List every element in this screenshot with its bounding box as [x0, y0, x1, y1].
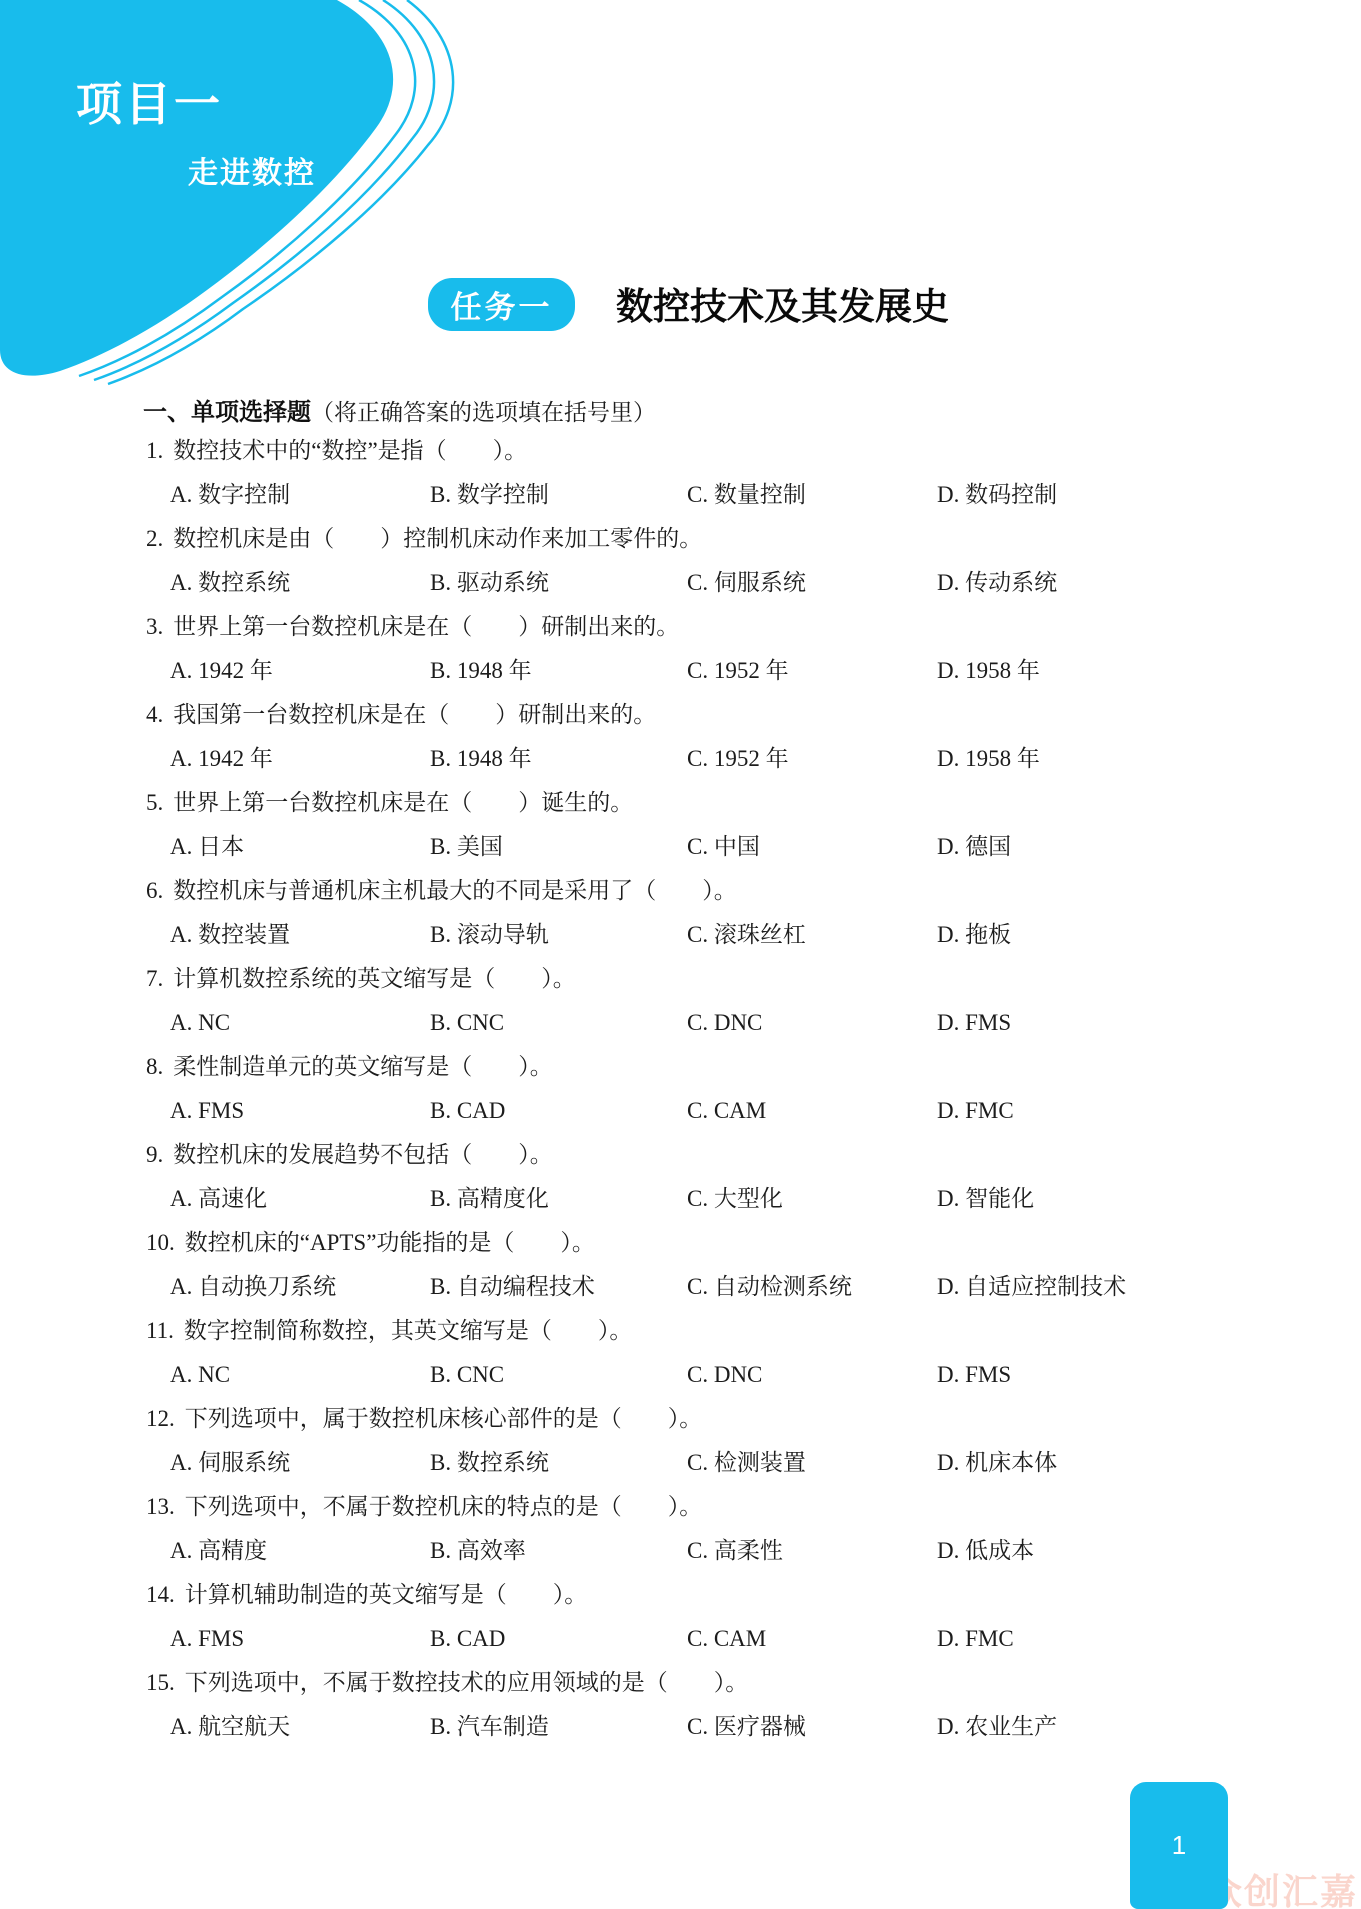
option-b: B. 美国	[430, 832, 503, 862]
option-a: A. 高速化	[170, 1184, 267, 1214]
question-stem-row: 4.我国第一台数控机床是在（ ）研制出来的。	[146, 700, 1341, 744]
option-d: D. 自适应控制技术	[937, 1272, 1126, 1302]
options-row: A. 数字控制B. 数学控制C. 数量控制D. 数码控制	[0, 480, 1361, 524]
options-row: A. 伺服系统B. 数控系统C. 检测装置D. 机床本体	[0, 1448, 1361, 1492]
option-b: B. 滚动导轨	[430, 920, 549, 950]
option-a: A. 1942 年	[170, 744, 273, 774]
option-d: D. 农业生产	[937, 1712, 1057, 1742]
question-text: 数控技术中的“数控”是指（ ）。	[173, 438, 527, 463]
question-stem-row: 11.数字控制简称数控，其英文缩写是（ ）。	[146, 1316, 1341, 1360]
option-c: C. 医疗器械	[687, 1712, 806, 1742]
question-stem-row: 9.数控机床的发展趋势不包括（ ）。	[146, 1140, 1341, 1184]
option-b: B. 数学控制	[430, 480, 549, 510]
question-number: 15.	[146, 1670, 175, 1695]
option-a: A. 1942 年	[170, 656, 273, 686]
option-a: A. 数字控制	[170, 480, 290, 510]
page-number: 1	[1172, 1830, 1186, 1861]
option-b: B. 驱动系统	[430, 568, 549, 598]
question-number: 5.	[146, 790, 163, 815]
option-c: C. 数量控制	[687, 480, 806, 510]
option-b: B. 高效率	[430, 1536, 526, 1566]
question-text: 数控机床与普通机床主机最大的不同是采用了（ ）。	[173, 878, 737, 903]
option-c: C. 自动检测系统	[687, 1272, 852, 1302]
option-b: B. 1948 年	[430, 656, 532, 686]
page-number-box: 1	[1130, 1782, 1228, 1909]
question-text: 我国第一台数控机床是在（ ）研制出来的。	[173, 702, 656, 727]
question-text: 计算机数控系统的英文缩写是（ ）。	[173, 966, 576, 991]
option-a: A. 自动换刀系统	[170, 1272, 336, 1302]
question-stem-row: 8.柔性制造单元的英文缩写是（ ）。	[146, 1052, 1341, 1096]
question-number: 7.	[146, 966, 163, 991]
options-row: A. FMSB. CADC. CAMD. FMC	[0, 1624, 1361, 1668]
option-a: A. NC	[170, 1008, 230, 1038]
option-d: D. 低成本	[937, 1536, 1034, 1566]
question-text: 下列选项中，不属于数控机床的特点的是（ ）。	[185, 1494, 703, 1519]
question-text: 数控机床的发展趋势不包括（ ）。	[173, 1142, 553, 1167]
option-c: C. 伺服系统	[687, 568, 806, 598]
question-stem-row: 7.计算机数控系统的英文缩写是（ ）。	[146, 964, 1341, 1008]
option-c: C. 1952 年	[687, 656, 789, 686]
options-row: A. 高精度B. 高效率C. 高柔性D. 低成本	[0, 1536, 1361, 1580]
question-text: 世界上第一台数控机床是在（ ）诞生的。	[173, 790, 633, 815]
question-number: 4.	[146, 702, 163, 727]
question-text: 下列选项中，不属于数控技术的应用领域的是（ ）。	[185, 1670, 749, 1695]
question-number: 1.	[146, 438, 163, 463]
option-c: C. CAM	[687, 1624, 766, 1654]
watermark-text: 众创汇嘉	[1206, 1864, 1358, 1909]
question-stem-row: 15.下列选项中，不属于数控技术的应用领域的是（ ）。	[146, 1668, 1341, 1712]
question-stem-row: 6.数控机床与普通机床主机最大的不同是采用了（ ）。	[146, 876, 1341, 920]
options-row: A. 高速化B. 高精度化C. 大型化D. 智能化	[0, 1184, 1361, 1228]
option-d: D. 传动系统	[937, 568, 1057, 598]
option-c: C. 中国	[687, 832, 760, 862]
option-b: B. CAD	[430, 1096, 505, 1126]
question-stem-row: 5.世界上第一台数控机床是在（ ）诞生的。	[146, 788, 1341, 832]
option-a: A. 高精度	[170, 1536, 267, 1566]
question-text: 数控机床是由（ ）控制机床动作来加工零件的。	[173, 526, 702, 551]
option-a: A. 伺服系统	[170, 1448, 290, 1478]
options-row: A. 数控系统B. 驱动系统C. 伺服系统D. 传动系统	[0, 568, 1361, 612]
question-number: 6.	[146, 878, 163, 903]
option-c: C. DNC	[687, 1008, 762, 1038]
question-number: 9.	[146, 1142, 163, 1167]
options-row: A. 数控装置B. 滚动导轨C. 滚珠丝杠D. 拖板	[0, 920, 1361, 964]
option-a: A. 数控装置	[170, 920, 290, 950]
option-b: B. 汽车制造	[430, 1712, 549, 1742]
option-d: D. FMC	[937, 1624, 1014, 1654]
option-b: B. CNC	[430, 1360, 504, 1390]
option-a: A. FMS	[170, 1624, 244, 1654]
option-b: B. 高精度化	[430, 1184, 549, 1214]
question-text: 下列选项中，属于数控机床核心部件的是（ ）。	[185, 1406, 703, 1431]
option-a: A. 数控系统	[170, 568, 290, 598]
question-stem-row: 10.数控机床的“APTS”功能指的是（ ）。	[146, 1228, 1341, 1272]
option-d: D. FMC	[937, 1096, 1014, 1126]
option-d: D. 拖板	[937, 920, 1011, 950]
options-row: A. 1942 年B. 1948 年C. 1952 年D. 1958 年	[0, 656, 1361, 700]
question-stem-row: 3.世界上第一台数控机床是在（ ）研制出来的。	[146, 612, 1341, 656]
options-row: A. 自动换刀系统B. 自动编程技术C. 自动检测系统D. 自适应控制技术	[0, 1272, 1361, 1316]
question-number: 2.	[146, 526, 163, 551]
question-text: 世界上第一台数控机床是在（ ）研制出来的。	[173, 614, 679, 639]
question-text: 数字控制简称数控，其英文缩写是（ ）。	[184, 1318, 633, 1343]
option-d: D. FMS	[937, 1008, 1011, 1038]
textbook-page: 项目一 走进数控 任务一 数控技术及其发展史 一、单项选择题（将正确答案的选项填…	[0, 0, 1361, 1909]
option-b: B. 数控系统	[430, 1448, 549, 1478]
question-stem-row: 13.下列选项中，不属于数控机床的特点的是（ ）。	[146, 1492, 1341, 1536]
options-row: A. 航空航天B. 汽车制造C. 医疗器械D. 农业生产	[0, 1712, 1361, 1756]
option-d: D. 1958 年	[937, 656, 1040, 686]
option-d: D. 数码控制	[937, 480, 1057, 510]
option-d: D. 机床本体	[937, 1448, 1057, 1478]
question-stem-row: 12.下列选项中，属于数控机床核心部件的是（ ）。	[146, 1404, 1341, 1448]
question-stem-row: 1.数控技术中的“数控”是指（ ）。	[146, 436, 1341, 480]
option-c: C. 检测装置	[687, 1448, 806, 1478]
question-number: 8.	[146, 1054, 163, 1079]
option-d: D. 德国	[937, 832, 1011, 862]
question-number: 3.	[146, 614, 163, 639]
question-number: 12.	[146, 1406, 175, 1431]
question-text: 计算机辅助制造的英文缩写是（ ）。	[185, 1582, 588, 1607]
questions: 1.数控技术中的“数控”是指（ ）。A. 数字控制B. 数学控制C. 数量控制D…	[0, 0, 1361, 1909]
options-row: A. FMSB. CADC. CAMD. FMC	[0, 1096, 1361, 1140]
option-b: B. 1948 年	[430, 744, 532, 774]
options-row: A. NCB. CNCC. DNCD. FMS	[0, 1360, 1361, 1404]
question-text: 数控机床的“APTS”功能指的是（ ）。	[185, 1230, 595, 1255]
option-d: D. FMS	[937, 1360, 1011, 1390]
option-a: A. FMS	[170, 1096, 244, 1126]
options-row: A. NCB. CNCC. DNCD. FMS	[0, 1008, 1361, 1052]
option-b: B. CAD	[430, 1624, 505, 1654]
option-d: D. 智能化	[937, 1184, 1034, 1214]
question-number: 14.	[146, 1582, 175, 1607]
question-text: 柔性制造单元的英文缩写是（ ）。	[173, 1054, 553, 1079]
option-c: C. CAM	[687, 1096, 766, 1126]
option-a: A. NC	[170, 1360, 230, 1390]
option-c: C. 高柔性	[687, 1536, 783, 1566]
option-c: C. 大型化	[687, 1184, 783, 1214]
question-number: 13.	[146, 1494, 175, 1519]
option-d: D. 1958 年	[937, 744, 1040, 774]
option-c: C. 滚珠丝杠	[687, 920, 806, 950]
options-row: A. 1942 年B. 1948 年C. 1952 年D. 1958 年	[0, 744, 1361, 788]
option-b: B. 自动编程技术	[430, 1272, 595, 1302]
question-number: 10.	[146, 1230, 175, 1255]
question-number: 11.	[146, 1318, 174, 1343]
option-c: C. DNC	[687, 1360, 762, 1390]
question-stem-row: 14.计算机辅助制造的英文缩写是（ ）。	[146, 1580, 1341, 1624]
option-a: A. 航空航天	[170, 1712, 290, 1742]
option-c: C. 1952 年	[687, 744, 789, 774]
option-a: A. 日本	[170, 832, 244, 862]
options-row: A. 日本B. 美国C. 中国D. 德国	[0, 832, 1361, 876]
option-b: B. CNC	[430, 1008, 504, 1038]
question-stem-row: 2.数控机床是由（ ）控制机床动作来加工零件的。	[146, 524, 1341, 568]
